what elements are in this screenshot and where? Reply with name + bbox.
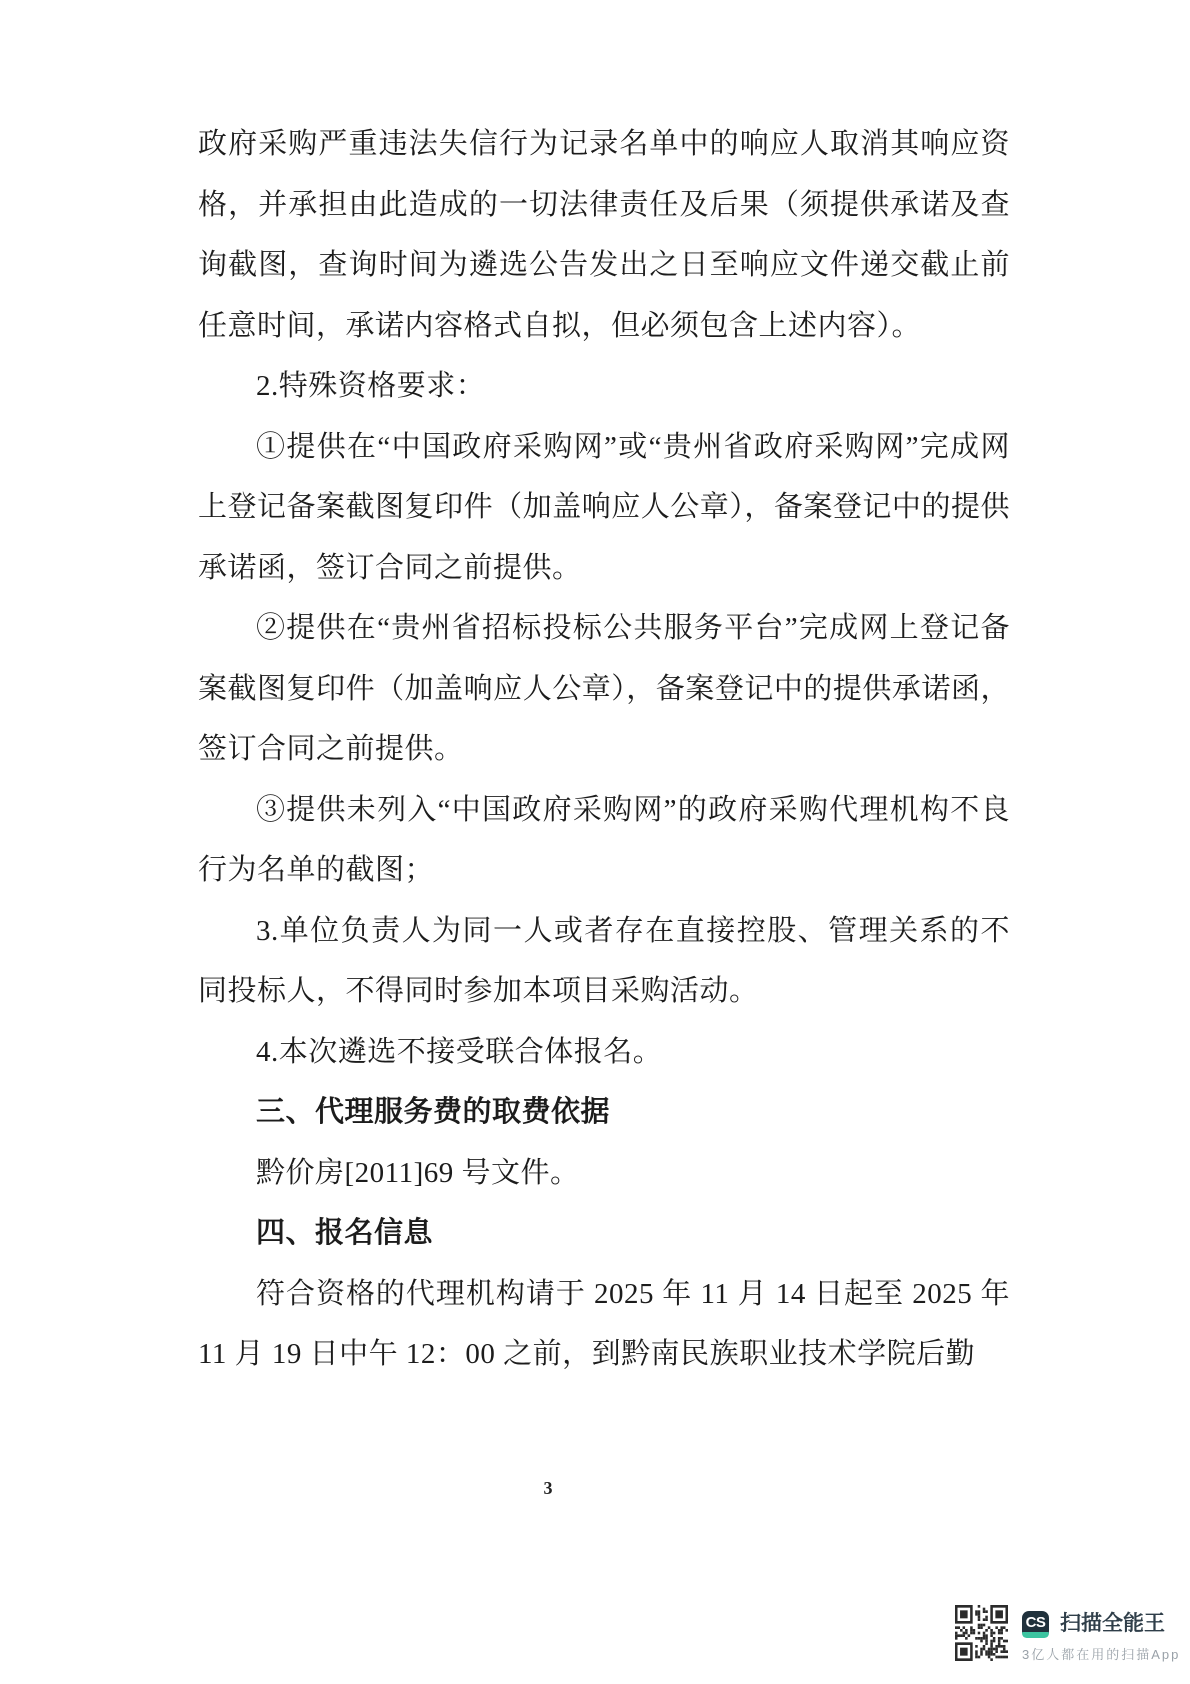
camscanner-app-name: 扫描全能王	[1060, 1610, 1165, 1638]
paragraph: 黔价房[2011]69 号文件。	[198, 1143, 1010, 1204]
section-heading: 四、报名信息	[198, 1203, 1010, 1264]
cs-logo-icon: CS	[1022, 1611, 1049, 1638]
paragraph: 2.特殊资格要求：	[198, 356, 1010, 417]
paragraph: 3.单位负责人为同一人或者存在直接控股、管理关系的不同投标人，不得同时参加本项目…	[198, 901, 1010, 1022]
cs-logo-text: CS	[1026, 1611, 1046, 1634]
paragraph: 符合资格的代理机构请于 2025 年 11 月 14 日起至 2025 年 11…	[198, 1264, 1010, 1385]
paragraph: ③提供未列入“中国政府采购网”的政府采购代理机构不良行为名单的截图；	[198, 780, 1010, 901]
paragraph: 4.本次遴选不接受联合体报名。	[198, 1022, 1010, 1083]
camscanner-watermark: CS 扫描全能王 3亿人都在用的扫描App	[955, 1604, 1165, 1664]
document-page: 政府采购严重违法失信行为记录名单中的响应人取消其响应资格，并承担由此造成的一切法…	[0, 0, 1190, 1684]
paragraph: ②提供在“贵州省招标投标公共服务平台”完成网上登记备案截图复印件（加盖响应人公章…	[198, 598, 1010, 780]
section-heading: 三、代理服务费的取费依据	[198, 1082, 1010, 1143]
paragraph: ①提供在“中国政府采购网”或“贵州省政府采购网”完成网上登记备案截图复印件（加盖…	[198, 417, 1010, 599]
qr-code-icon	[955, 1605, 1008, 1661]
page-number: 3	[503, 1478, 593, 1499]
paragraph: 政府采购严重违法失信行为记录名单中的响应人取消其响应资格，并承担由此造成的一切法…	[198, 114, 1010, 356]
camscanner-tagline: 3亿人都在用的扫描App	[1022, 1644, 1180, 1663]
document-body: 政府采购严重违法失信行为记录名单中的响应人取消其响应资格，并承担由此造成的一切法…	[198, 114, 1010, 1385]
